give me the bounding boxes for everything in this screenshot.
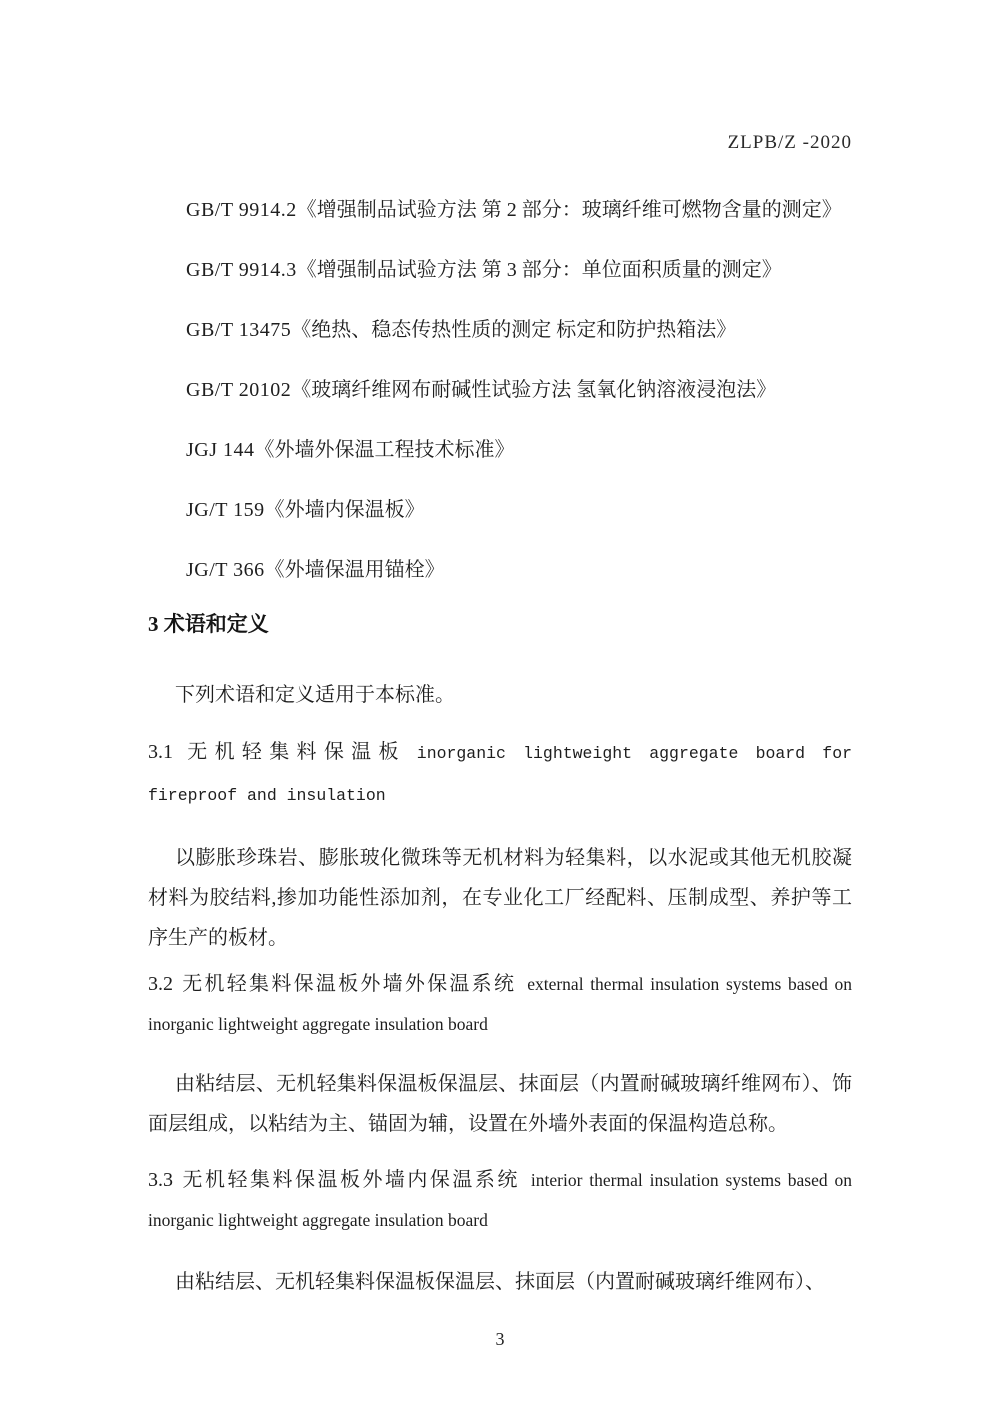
header-doc-code: ZLPB/Z -2020 [148, 130, 852, 156]
section-intro: 下列术语和定义适用于本标准。 [148, 680, 852, 710]
reference-title: 《外墙保温用锚栓》 [265, 559, 445, 581]
reference-code: GB/T 9914.3 [186, 259, 297, 281]
term-number: 3.2 [148, 973, 173, 995]
reference-item: JGJ 144《外墙外保温工程技术标准》 [148, 435, 852, 465]
reference-title: 《外墙外保温工程技术标准》 [255, 439, 515, 461]
reference-item: GB/T 13475《绝热、稳态传热性质的测定 标定和防护热箱法》 [148, 315, 852, 345]
term-heading-3-3: 3.3无机轻集料保温板外墙内保温系统interior thermal insul… [148, 1160, 852, 1240]
term-heading-3-2: 3.2无机轻集料保温板外墙外保温系统external thermal insul… [148, 964, 852, 1044]
term-number: 3.3 [148, 1169, 173, 1191]
reference-code: JGJ 144 [186, 439, 255, 461]
reference-code: GB/T 9914.2 [186, 199, 297, 221]
term-zh: 无机轻集料保温板 [180, 741, 406, 763]
reference-title: 《外墙内保温板》 [265, 499, 425, 521]
document-page: ZLPB/Z -2020 GB/T 9914.2《增强制品试验方法 第 2 部分… [0, 0, 1000, 1414]
term-definition-3-1: 以膨胀珍珠岩、膨胀玻化微珠等无机材料为轻集料，以水泥或其他无机胶凝材料为胶结料,… [148, 838, 852, 958]
reference-item: GB/T 20102《玻璃纤维网布耐碱性试验方法 氢氧化钠溶液浸泡法》 [148, 375, 852, 405]
reference-item: JG/T 159《外墙内保温板》 [148, 495, 852, 525]
reference-item: GB/T 9914.2《增强制品试验方法 第 2 部分：玻璃纤维可燃物含量的测定… [148, 195, 852, 225]
term-definition-3-3: 由粘结层、无机轻集料保温板保温层、抹面层（内置耐碱玻璃纤维网布）、 [148, 1262, 852, 1302]
reference-code: GB/T 13475 [186, 319, 291, 341]
term-number: 3.1 [148, 741, 173, 763]
reference-title: 《绝热、稳态传热性质的测定 标定和防护热箱法》 [291, 319, 736, 341]
page-number: 3 [0, 1326, 1000, 1352]
term-zh: 无机轻集料保温板外墙内保温系统 [180, 1169, 520, 1191]
reference-title: 《增强制品试验方法 第 3 部分：单位面积质量的测定》 [297, 259, 782, 281]
reference-code: GB/T 20102 [186, 379, 291, 401]
term-definition-3-2: 由粘结层、无机轻集料保温板保温层、抹面层（内置耐碱玻璃纤维网布）、饰面层组成，以… [148, 1064, 852, 1144]
reference-title: 《玻璃纤维网布耐碱性试验方法 氢氧化钠溶液浸泡法》 [291, 379, 776, 401]
reference-code: JG/T 366 [186, 559, 265, 581]
term-zh: 无机轻集料保温板外墙外保温系统 [180, 973, 516, 995]
section-heading: 3 术语和定义 [148, 608, 852, 640]
page-content: ZLPB/Z -2020 GB/T 9914.2《增强制品试验方法 第 2 部分… [148, 0, 852, 1302]
reference-item: JG/T 366《外墙保温用锚栓》 [148, 555, 852, 585]
references-list: GB/T 9914.2《增强制品试验方法 第 2 部分：玻璃纤维可燃物含量的测定… [148, 195, 852, 585]
reference-item: GB/T 9914.3《增强制品试验方法 第 3 部分：单位面积质量的测定》 [148, 255, 852, 285]
reference-title: 《增强制品试验方法 第 2 部分：玻璃纤维可燃物含量的测定》 [297, 199, 842, 221]
term-heading-3-1: 3.1无机轻集料保温板inorganic lightweight aggrega… [148, 732, 852, 816]
reference-code: JG/T 159 [186, 499, 265, 521]
